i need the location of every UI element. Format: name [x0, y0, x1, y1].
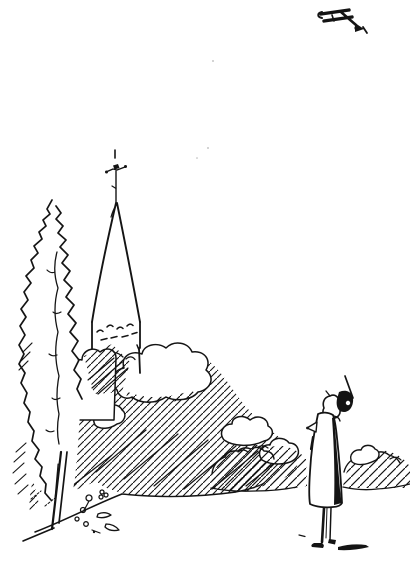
- arm-gap: [346, 401, 350, 405]
- raised-arm: [337, 391, 353, 412]
- hand-pennant: [307, 422, 317, 432]
- figure-right-foot: [328, 539, 336, 545]
- figure-right-leg: [330, 508, 331, 540]
- biplane-icon: [318, 10, 367, 33]
- biplane-upper-wing: [321, 10, 349, 14]
- figure-left-foot: [311, 543, 323, 548]
- tower-battlement-dashes: [97, 324, 139, 350]
- figure-left-leg: [322, 508, 324, 542]
- sky-specks: [196, 60, 214, 159]
- figure-shadow: [338, 544, 369, 550]
- spire-right-edge: [117, 203, 140, 322]
- poplar-body: [22, 200, 80, 531]
- leaf-hook-2: [105, 524, 119, 531]
- illustration-canvas: [0, 0, 410, 562]
- illustration-svg: [0, 0, 410, 562]
- bush-clump-large: [113, 343, 211, 402]
- biplane-tail: [354, 25, 359, 30]
- ground-mark: [299, 535, 305, 537]
- weathervane-icon: [105, 150, 127, 203]
- biplane-tail-skid: [363, 27, 367, 33]
- leaf-hook-1: [97, 513, 111, 518]
- clover-icon: [99, 490, 108, 499]
- pennant-tip: [306, 427, 309, 430]
- head-tuft: [326, 391, 330, 396]
- church-spire: [92, 150, 140, 353]
- leg-inner-line: [326, 508, 327, 538]
- spire-left-edge: [92, 203, 116, 322]
- tower-right-lower-edge: [139, 348, 140, 373]
